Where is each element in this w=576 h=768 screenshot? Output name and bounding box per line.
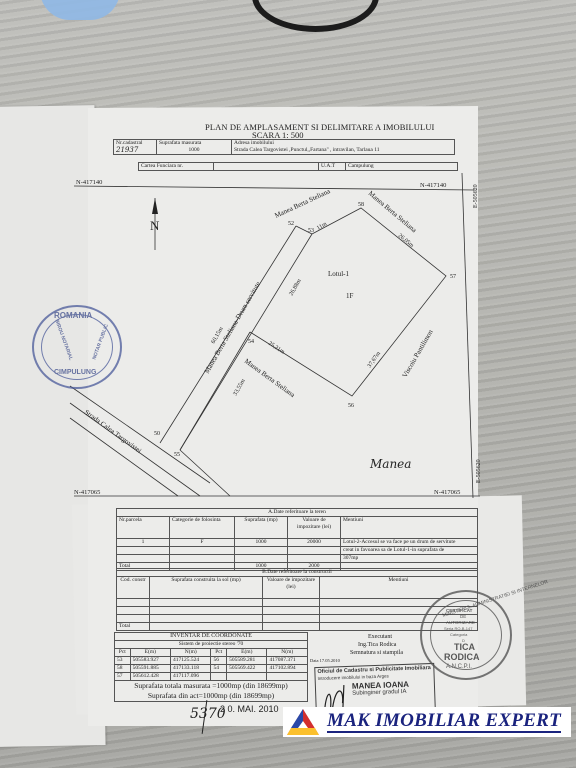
document-title: PLAN DE AMPLASAMENT SI DELIMITARE A IMOB…: [205, 122, 434, 132]
svg-text:57: 57: [450, 274, 456, 280]
header-table-row2: Cartea Funciara nr. U.A.T Campulung: [138, 162, 458, 171]
executant-date: Data 17.05.2010: [310, 658, 340, 663]
svg-text:58: 58: [358, 202, 364, 208]
svg-text:E-505620: E-505620: [476, 459, 482, 483]
table-row: 53505583.927417125.524 56505589.28141708…: [115, 657, 308, 665]
street-label: Strada Calea Targovistei: [83, 408, 143, 455]
svg-text:26,88m: 26,88m: [289, 278, 303, 297]
table-row: creat in favoarea sa de Lotul-1-in supra…: [117, 547, 478, 555]
notary-stamp: ROMANIA BIROU NOTARIAL NOTAR PUBLIC CIMP…: [32, 305, 122, 389]
svg-text:55: 55: [174, 452, 180, 458]
site-plan-drawing: N N-417140 N-417140 N-417065 N-417065 E-…: [70, 178, 490, 508]
north-label: N: [150, 218, 160, 233]
table-row: [117, 607, 478, 615]
svg-text:52: 52: [288, 221, 294, 227]
svg-text:N-417140: N-417140: [76, 179, 102, 186]
date-stamp: 2 0. MAI. 2010: [220, 704, 279, 714]
svg-text:Viscoiu Pantilimon: Viscoiu Pantilimon: [401, 328, 435, 379]
suprafata-cell: Suprafata masurata 1000: [157, 140, 232, 155]
svg-text:Manea Berta Steliana: Manea Berta Steliana: [243, 357, 297, 399]
adresa-cell: Adresa imobilului Strada Calea Targovist…: [232, 140, 455, 155]
coordinate-inventory-table: INVENTAR DE COORDONATE Sistem de proiect…: [114, 632, 308, 702]
svg-text:54: 54: [248, 339, 254, 345]
lot-label: Lotul-1: [328, 270, 349, 278]
authorization-stamp: MINISTERUL ADMINISTRATIEI SI INTERNELOR …: [420, 590, 512, 680]
brand-watermark: MAK IMOBILIAR EXPERT: [283, 707, 571, 737]
svg-text:N-417140: N-417140: [420, 182, 446, 189]
executant-signature-label: Semnatura si stampila: [350, 650, 403, 656]
header-table: Nr.cadastral 21937 Suprafata masurata 10…: [113, 139, 455, 155]
table-row: 307mp: [117, 555, 478, 563]
table-row: 57505612.428417117.096: [115, 673, 308, 681]
executant-label: Executant: [368, 634, 392, 640]
svg-text:56: 56: [348, 403, 354, 409]
brand-triangle-icon: [286, 708, 320, 736]
table-row: 1 F 1000 20000 Lotul-2-Accesul se va fac…: [117, 539, 478, 547]
category-label: 1F: [346, 292, 354, 300]
executant-name: Ing.Tica Rodica: [358, 642, 396, 648]
svg-text:53: 53: [308, 228, 314, 234]
nr-cadastral-cell: Nr.cadastral 21937: [114, 140, 157, 155]
brand-name: MAK IMOBILIAR EXPERT: [327, 711, 561, 733]
svg-text:Manea Berta Steliana: Manea Berta Steliana: [367, 189, 419, 234]
signature: Manea: [369, 457, 411, 471]
table-row: [117, 599, 478, 607]
svg-text:33,55m: 33,55m: [233, 378, 247, 397]
plan-svg: N N-417140 N-417140 N-417065 N-417065 E-…: [70, 178, 490, 508]
svg-text:50: 50: [154, 431, 160, 437]
svg-text:N-417065: N-417065: [434, 489, 460, 496]
table-row: 58505591.885417133.118 54505569.42241710…: [115, 665, 308, 673]
svg-text:25,21m: 25,21m: [267, 341, 286, 356]
svg-text:11m: 11m: [316, 221, 328, 232]
svg-text:N-417065: N-417065: [74, 489, 100, 496]
svg-text:26,05m: 26,05m: [397, 233, 415, 249]
svg-text:E-505620: E-505620: [473, 184, 479, 208]
ocpi-stamp: Oficiul de Cadastru si Publicitate Imobi…: [314, 663, 436, 713]
land-data-table: A.Date referitoare la teren Nr.parcela C…: [116, 508, 478, 571]
svg-text:Manea Berta Steliana: Manea Berta Steliana: [273, 187, 332, 220]
